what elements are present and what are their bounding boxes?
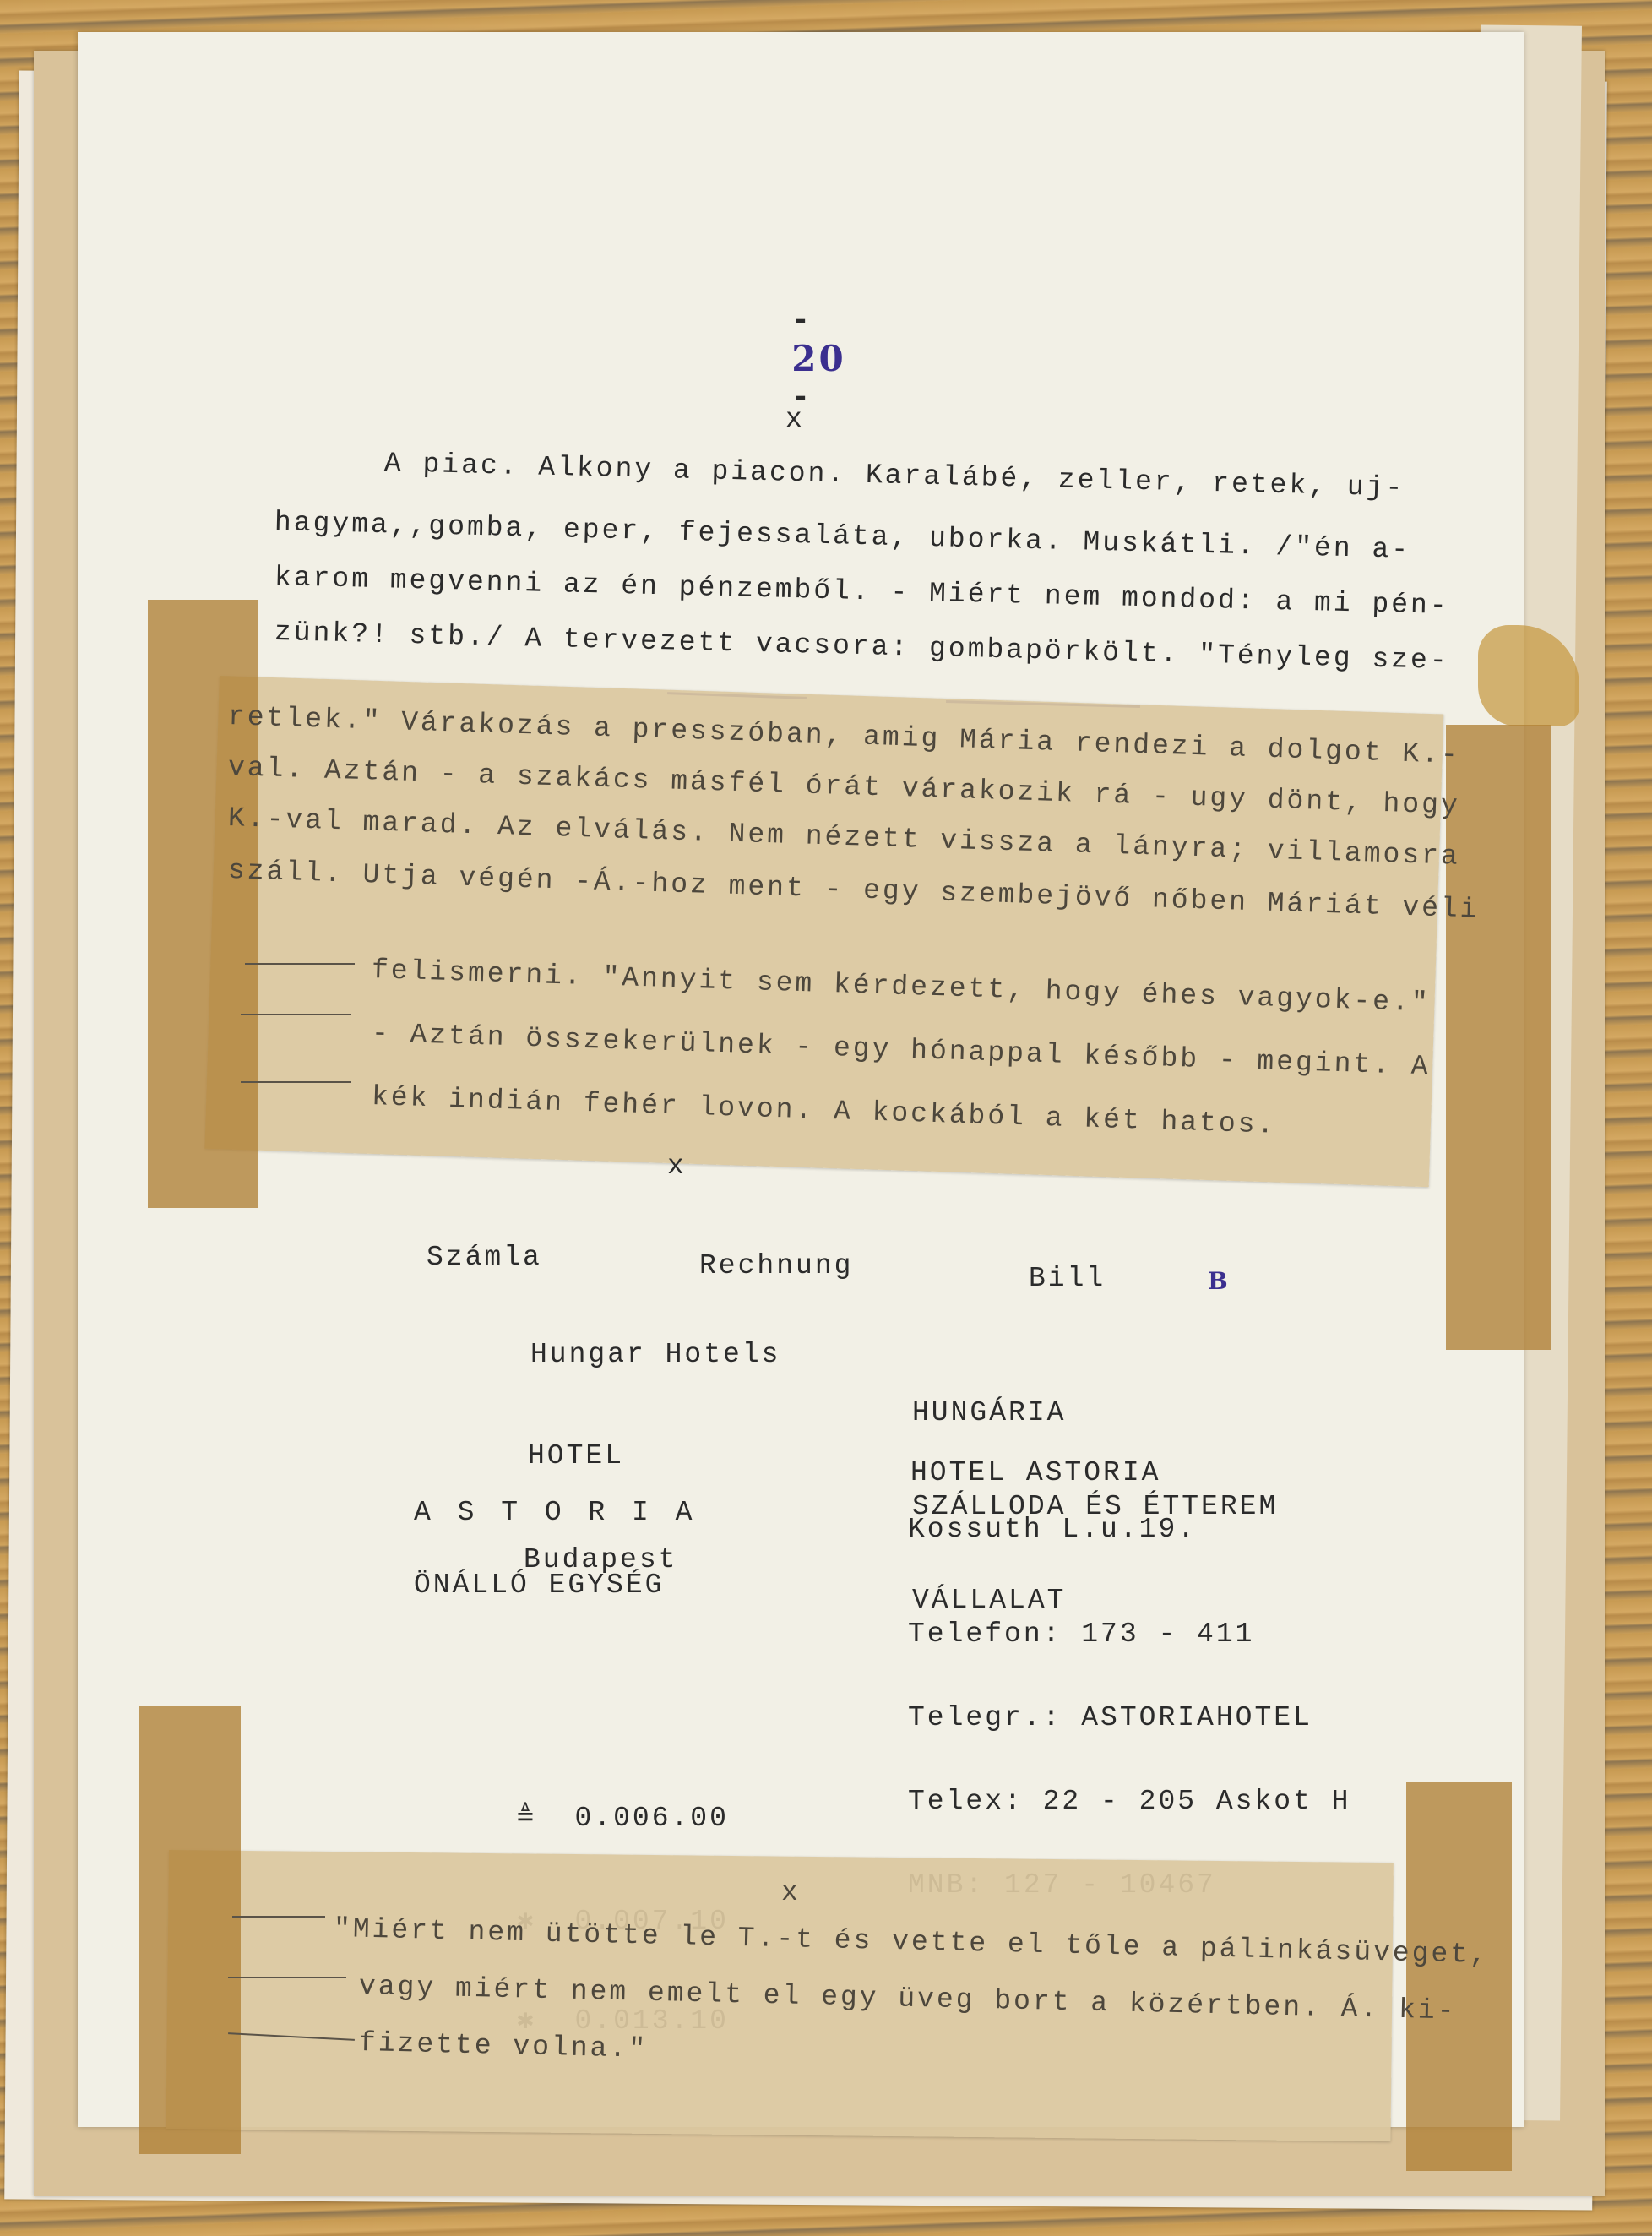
hotel-full-name: HOTEL ASTORIA	[910, 1457, 1160, 1488]
hotel-unit: ÖNÁLLÓ EGYSÉG	[414, 1570, 664, 1601]
section-separator: x	[785, 404, 805, 435]
paragraph-line: fizette volna."	[359, 2027, 649, 2065]
page-number: - 20 -	[750, 269, 846, 415]
hotel-address: Kossuth L.u.19.	[908, 1514, 1197, 1545]
amount-symbol: ≜	[517, 1803, 536, 1834]
pen-mark: B	[1208, 1267, 1231, 1295]
amount-value: 0.006.00	[574, 1803, 728, 1834]
bill-label-de: Rechnung	[699, 1250, 853, 1281]
contact-phone: Telefon: 173 - 411	[908, 1620, 1350, 1648]
margin-mark	[228, 1977, 346, 1978]
margin-mark	[241, 1081, 351, 1083]
hotel-name: A S T O R I A	[414, 1497, 697, 1528]
margin-mark	[232, 1916, 325, 1918]
amount-row: ≜ 0.006.00	[517, 1801, 729, 1836]
margin-mark	[245, 963, 355, 965]
adhesive-tape	[148, 600, 258, 1208]
contact-telex: Telex: 22 - 205 Askot H	[908, 1787, 1350, 1815]
margin-mark	[241, 1014, 351, 1015]
hotel-group: Hungar Hotels	[530, 1339, 780, 1370]
page-number-dash: -	[791, 303, 812, 338]
adhesive-tape	[1446, 725, 1551, 1350]
company-line: HUNGÁRIA	[912, 1397, 1278, 1428]
bill-label-hu: Számla	[427, 1242, 542, 1273]
section-separator: x	[781, 1877, 801, 1908]
contact-telegram: Telegr.: ASTORIAHOTEL	[908, 1704, 1350, 1732]
bill-label-en: Bill	[1029, 1263, 1106, 1294]
adhesive-tape	[1406, 1782, 1512, 2171]
hotel-label: HOTEL	[528, 1440, 624, 1472]
adhesive-tape	[139, 1706, 241, 2154]
page-number-value: 20	[791, 338, 845, 379]
section-separator: x	[667, 1151, 687, 1182]
